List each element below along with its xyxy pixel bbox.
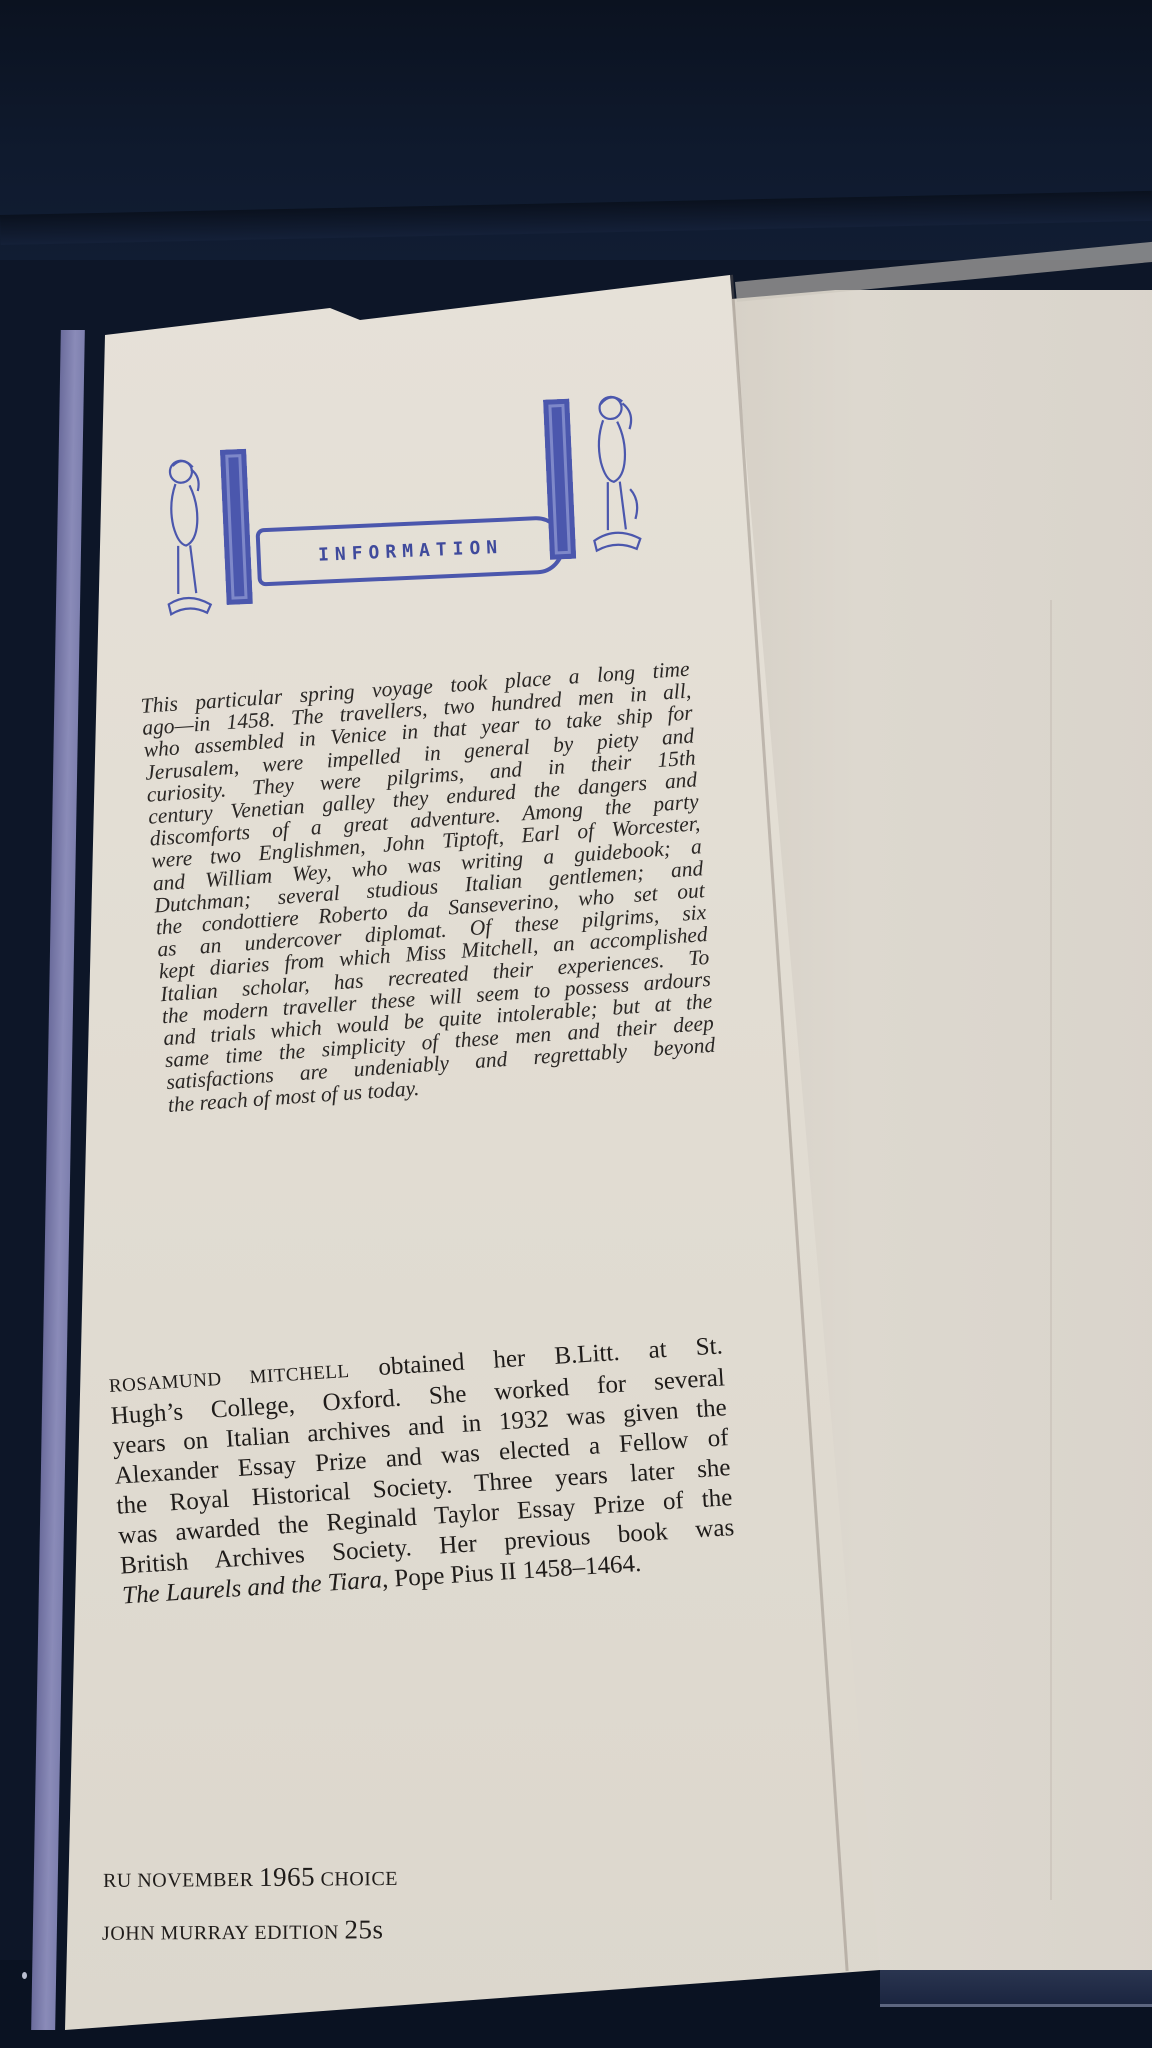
page-crease (1050, 600, 1052, 1900)
book-board-edge (880, 1970, 1152, 2007)
cherub-right-icon (580, 389, 647, 561)
cherub-left-icon (152, 452, 219, 624)
scroll-banner-icon: INFORMATION (255, 515, 565, 586)
dust-speck (22, 1972, 27, 1979)
logo-label: INFORMATION (318, 536, 504, 565)
author-bio: ROSAMUND MITCHELL obtained her B.Litt. a… (108, 1331, 737, 1611)
pillar-left-icon (220, 449, 253, 605)
book-club-choice: RU NOVEMBER 1965 CHOICE (103, 1861, 398, 1894)
choice-year: 1965 (259, 1862, 315, 1892)
book-blurb: This particular spring voyage took place… (140, 658, 717, 1116)
edition-price: JOHN MURRAY EDITION 25s (102, 1914, 384, 1946)
pillar-right-icon (543, 399, 576, 560)
information-logo: INFORMATION (150, 383, 658, 605)
price: 25s (344, 1914, 383, 1944)
